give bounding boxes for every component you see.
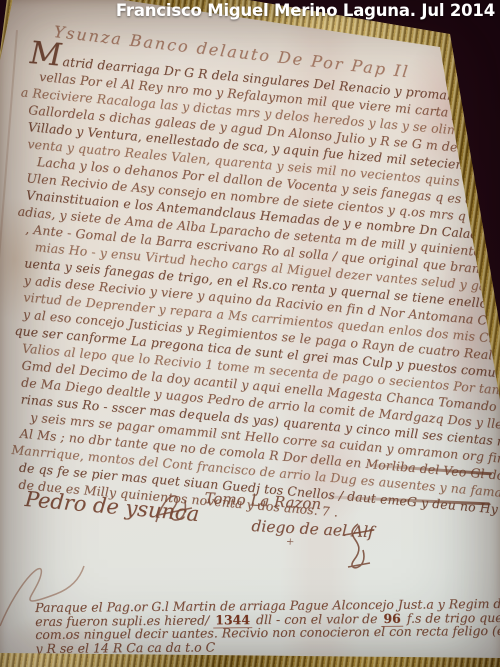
rubric-flourish-icon	[338, 522, 382, 572]
manuscript-paper: Ysunza Banco delauto De Por Pap Il Matri…	[0, 0, 500, 667]
photo-of-framed-document: Ysunza Banco delauto De Por Pap Il Matri…	[0, 0, 500, 667]
rubric-path	[156, 496, 192, 522]
cross-marks: +	[286, 536, 307, 548]
cross-mark: +	[286, 536, 307, 548]
photo-caption: Francisco Miguel Merino Laguna. Jul 2014	[0, 1, 495, 21]
rubric-flourish-icon	[150, 482, 196, 528]
rubric-path	[344, 524, 374, 568]
manuscript-body: Matrid dearriaga Dr G R dela singulares …	[18, 46, 464, 531]
footer-line: y R se el 14 R Ca ca da t.o C	[35, 637, 495, 655]
manuscript-footer: Paraque el Pag.or G.l Martin de arriaga …	[35, 597, 495, 655]
